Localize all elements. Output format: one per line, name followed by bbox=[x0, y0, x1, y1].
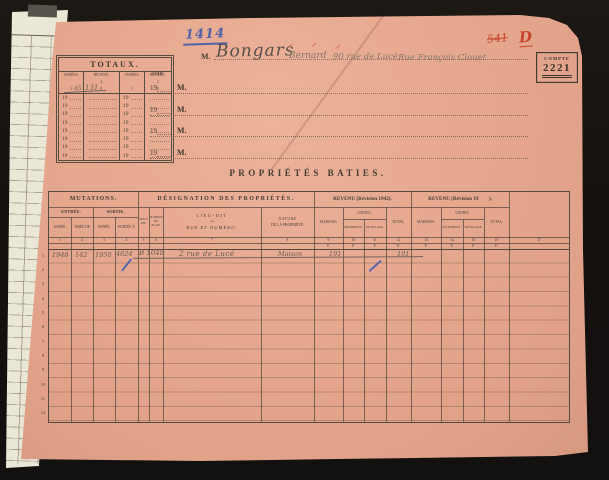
cell-dots bbox=[131, 108, 143, 109]
cell-dots bbox=[131, 132, 143, 133]
cell-dots bbox=[70, 149, 82, 150]
row1-portee-a: 4624 bbox=[116, 251, 133, 258]
header-portee-a: PORTÉE À bbox=[115, 217, 138, 237]
totaux-cell-annee: 19 bbox=[59, 127, 84, 135]
row1-tiree-de: 142 bbox=[75, 252, 87, 259]
totaux-cell-revenu bbox=[145, 111, 171, 119]
header-usines-19: USINES. bbox=[441, 207, 484, 219]
m-label: M. bbox=[177, 84, 187, 92]
owner-m-label: M. bbox=[201, 52, 211, 61]
lieu-dit-line3: RUE ET NUMÉRO. bbox=[186, 225, 237, 230]
totaux-cell-revenu bbox=[145, 152, 171, 160]
header-lieu-dit: LIEU-DIT ou RUE ET NUMÉRO. bbox=[163, 207, 261, 237]
year-prefix: 19 bbox=[123, 112, 129, 118]
totaux-row: 19 19 bbox=[59, 144, 171, 152]
compte-number: 2221 bbox=[542, 63, 572, 78]
header-total-19: TOTAL. bbox=[484, 207, 509, 237]
totaux-row: 19 19 bbox=[59, 127, 171, 135]
totaux-cell-revenu bbox=[84, 152, 120, 160]
year-prefix: 19 bbox=[62, 112, 68, 118]
totaux-cell-revenu bbox=[145, 119, 171, 127]
totaux-row: 19 19 bbox=[59, 102, 171, 110]
totaux-cell-annee: 19 bbox=[120, 152, 145, 160]
cell-dots bbox=[89, 99, 117, 100]
year-line: 19 M. bbox=[150, 94, 528, 116]
nature-line1: NATURE bbox=[279, 217, 297, 221]
year-prefix: 19 bbox=[123, 137, 129, 143]
totaux-col-label: REVENU. bbox=[150, 74, 165, 78]
cell-dots bbox=[131, 124, 143, 125]
totaux-title: TOTAUX. bbox=[59, 58, 171, 72]
cell-dots bbox=[150, 149, 169, 150]
cell-dots bbox=[70, 132, 82, 133]
totaux-col-unit: F. bbox=[157, 88, 160, 92]
compte-box: COMPTE 2221 bbox=[536, 52, 578, 83]
year-prefix: 19 bbox=[62, 145, 68, 151]
row1-entree-annee: 1948 bbox=[52, 252, 69, 259]
year-prefix: 19 bbox=[62, 104, 68, 110]
year-prefix: 19 bbox=[62, 129, 68, 135]
nature-line2: DE LA PROPRIÉTÉ. bbox=[271, 223, 304, 227]
cell-dots bbox=[89, 108, 117, 109]
cell-dots bbox=[131, 99, 143, 100]
totaux-cell-annee: 19 bbox=[120, 94, 145, 102]
year-prefix: 19 bbox=[62, 96, 68, 102]
year-prefix: 19 bbox=[123, 129, 129, 135]
totaux-col-label: ANNÉES. bbox=[63, 74, 78, 78]
group-designation: DÉSIGNATION DES PROPRIÉTÉS. bbox=[138, 192, 314, 207]
totaux-col-label: REVENU. bbox=[94, 74, 109, 78]
header-batiments-1942: BÂTIMENTS. bbox=[343, 219, 364, 237]
totaux-row: 19 19 bbox=[59, 152, 171, 160]
totaux-row: 19 19 bbox=[59, 111, 171, 119]
row-number: 8 bbox=[39, 348, 47, 362]
header-annee-sortie: ANNÉE. bbox=[93, 217, 115, 237]
header-numero-plan: NUMÉRO DU PLAN. bbox=[149, 207, 163, 237]
header-tiree-de: TIRÉE DE bbox=[71, 217, 93, 237]
row1-section-plan: B 1048 bbox=[139, 250, 164, 257]
totaux-col-annees: ANNÉES. 1 bbox=[120, 72, 145, 93]
year-prefix: 19 bbox=[123, 96, 129, 102]
row-number: 11 bbox=[39, 391, 47, 405]
cell-dots bbox=[131, 116, 143, 117]
scanned-document: 1414 541 D COMPTE 2221 M. Bongars Bernar… bbox=[0, 0, 609, 480]
totaux-col-label: ANNÉES. bbox=[124, 74, 139, 78]
cell-dots bbox=[89, 132, 117, 133]
year-prefix: 19 bbox=[62, 137, 68, 143]
totaux-cell-revenu bbox=[84, 94, 120, 102]
cell-dots bbox=[70, 116, 82, 117]
row-rule bbox=[49, 243, 569, 244]
totaux-col-number: 2 bbox=[101, 81, 103, 85]
compte-label: COMPTE bbox=[544, 57, 570, 62]
row-number: 10 bbox=[39, 377, 47, 391]
totaux-cell-annee: 19 bbox=[59, 144, 84, 152]
cell-dots bbox=[70, 124, 82, 125]
totaux-cell-annee: 19 bbox=[120, 135, 145, 143]
cell-dots bbox=[70, 108, 82, 109]
main-table: MUTATIONS. DÉSIGNATION DES PROPRIÉTÉS. R… bbox=[48, 191, 570, 423]
totaux-cell-revenu bbox=[145, 144, 171, 152]
totaux-cell-annee: 19 bbox=[120, 127, 145, 135]
totaux-row: 19 19 bbox=[59, 119, 171, 127]
main-table-title: PROPRIÉTÉS BATIES. bbox=[48, 168, 568, 178]
m-label: M. bbox=[177, 149, 187, 157]
row-number: 9 bbox=[39, 363, 47, 377]
lieu-dit-line1: LIEU-DIT bbox=[196, 213, 227, 218]
totaux-cell-annee: 19 bbox=[59, 119, 84, 127]
header-maisons-19: MAISONS. bbox=[411, 207, 441, 237]
totaux-cell-annee: 19 bbox=[120, 119, 145, 127]
header-entree: ENTRÉE. bbox=[49, 207, 93, 217]
cell-dots bbox=[89, 116, 117, 117]
group-mutations: MUTATIONS. bbox=[49, 192, 138, 207]
totaux-cell-revenu bbox=[84, 119, 120, 127]
cell-dots bbox=[150, 157, 169, 158]
totaux-cell-revenu bbox=[84, 135, 120, 143]
cell-dots bbox=[89, 124, 117, 125]
year-prefix: 19 bbox=[62, 154, 68, 160]
cell-dots bbox=[150, 132, 169, 133]
totaux-cell-revenu bbox=[84, 127, 120, 135]
page-corner-tab bbox=[28, 4, 57, 17]
year-prefix: 19 bbox=[123, 145, 129, 151]
header-sortie: SORTIE. bbox=[93, 207, 138, 217]
row-number: 12 bbox=[39, 406, 47, 420]
year-prefix: 19 bbox=[62, 121, 68, 127]
row-number: 5 bbox=[39, 305, 47, 319]
year-prefix: 19 bbox=[123, 104, 129, 110]
cell-dots bbox=[150, 99, 169, 100]
lieu-dit-line2: ou bbox=[210, 220, 213, 224]
row-number: 7 bbox=[39, 334, 47, 348]
header-section: SECTION. bbox=[138, 207, 149, 237]
cell-dots bbox=[89, 149, 117, 150]
cell-dots bbox=[89, 157, 117, 158]
row-number: 4 bbox=[39, 291, 47, 305]
row1-sortie-annee: 1950 bbox=[95, 252, 112, 259]
totaux-col-revenu: REVENU. 2 F. bbox=[145, 72, 171, 93]
totaux-col-number: 1 bbox=[131, 88, 133, 92]
cell-dots bbox=[150, 108, 169, 109]
totaux-table: TOTAUX. ANNÉES. 1 REVENU. 2 F. ANNÉES. 1… bbox=[56, 55, 174, 163]
cell-dots bbox=[70, 157, 82, 158]
totaux-cell-annee: 19 bbox=[59, 111, 84, 119]
m-label: M. bbox=[177, 106, 187, 114]
group-revenu-19: REVENU (Révision 19 ). bbox=[411, 192, 509, 207]
year-prefix: 19 bbox=[123, 154, 129, 160]
totaux-cell-annee: 19 bbox=[59, 135, 84, 143]
totaux-cell-annee: 19 bbox=[120, 111, 145, 119]
header-maisons-1942: MAISONS. bbox=[314, 207, 343, 237]
header-outillage-19: OUTILLAGE. bbox=[463, 219, 484, 237]
totaux-cell-revenu bbox=[145, 94, 171, 102]
header-outillage-1942: OUTILLAGE. bbox=[364, 219, 386, 237]
group-revenu-1942: REVENU (Révision 1942). bbox=[314, 192, 411, 207]
totaux-cell-annee: 19 bbox=[120, 144, 145, 152]
cell-dots bbox=[131, 157, 143, 158]
totaux-row: 19 19 bbox=[59, 94, 171, 102]
header-nature: NATURE DE LA PROPRIÉTÉ. bbox=[261, 207, 314, 237]
row-rule bbox=[49, 207, 509, 208]
header-batiments-19: BÂTIMENTS. bbox=[441, 219, 463, 237]
totaux-cell-revenu bbox=[145, 135, 171, 143]
year-line: 19 M. bbox=[150, 72, 528, 94]
totaux-col-number: 2 bbox=[157, 81, 159, 85]
header-usines-1942: USINES. bbox=[343, 207, 386, 219]
header-total-1942: TOTAL. bbox=[386, 207, 411, 237]
row-number: 2 bbox=[39, 262, 47, 276]
totaux-cell-revenu bbox=[145, 127, 171, 135]
totaux-cell-revenu bbox=[84, 102, 120, 110]
year-lines: 19 M. 19 M. 19 M. 19 M. bbox=[150, 72, 528, 159]
totaux-body: 19 19 19 bbox=[59, 94, 171, 160]
totaux-cell-revenu bbox=[145, 102, 171, 110]
row-number: 6 bbox=[39, 320, 47, 334]
cell-dots bbox=[150, 116, 169, 117]
table-body-rows bbox=[49, 249, 569, 422]
totaux-cell-annee: 19 bbox=[59, 94, 84, 102]
row-rule bbox=[49, 237, 569, 238]
cell-dots bbox=[150, 141, 169, 142]
cell-dots bbox=[131, 149, 143, 150]
totaux-cell-revenu bbox=[84, 144, 120, 152]
year-line: 19 M. bbox=[150, 116, 528, 138]
cell-dots bbox=[70, 99, 82, 100]
owner-baseline bbox=[214, 44, 528, 60]
totaux-cell-annee: 19 bbox=[120, 102, 145, 110]
totaux-cell-annee: 19 bbox=[59, 152, 84, 160]
m-label: M. bbox=[177, 127, 187, 135]
row-number: 1 bbox=[39, 248, 47, 262]
year-line: 19 M. bbox=[150, 137, 528, 159]
cell-dots bbox=[131, 141, 143, 142]
cell-dots bbox=[89, 141, 117, 142]
cell-dots bbox=[150, 124, 169, 125]
totaux-row: 19 19 bbox=[59, 135, 171, 143]
row-numbers: 123456789101112 bbox=[39, 248, 47, 420]
header-annee-entree: ANNÉE. bbox=[49, 217, 71, 237]
record-card-page: 1414 541 D COMPTE 2221 M. Bongars Bernar… bbox=[0, 0, 609, 480]
cell-dots bbox=[70, 141, 82, 142]
year-prefix: 19 bbox=[123, 121, 129, 127]
row-number: 3 bbox=[39, 277, 47, 291]
totaux-cell-annee: 19 bbox=[59, 102, 84, 110]
totaux-cell-revenu bbox=[84, 111, 120, 119]
